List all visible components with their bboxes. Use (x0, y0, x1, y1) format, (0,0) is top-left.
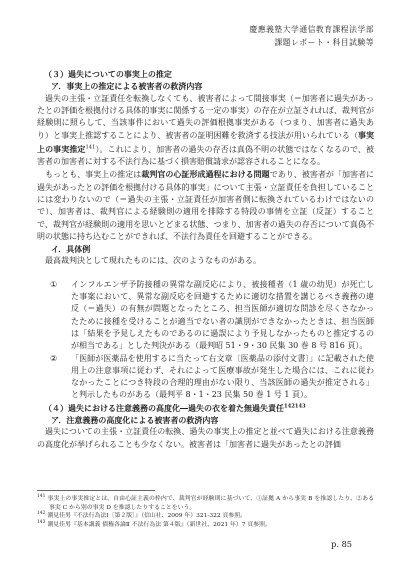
section-4-sub-a-heading: ア．注意義務の高度化による被害者の救済内容 (51, 414, 374, 426)
paragraph-text: もっとも、事実上の推定は (45, 170, 141, 179)
footnote-141-number: 141 (37, 494, 47, 499)
footnote-142: 142潮見佳男『不法行為法Ⅰ〔第２版〕』（信山社、2009 年）321-322 … (37, 512, 374, 521)
document-body: （３）過失についての事実上の推定 ア．事実上の推定による被害者の救済内容 過失の… (37, 68, 374, 451)
section-3-paragraph-1: 過失の主張・立証責任を転換しなくても、被害者によって間接事実（＝加害者に過失があ… (37, 93, 374, 169)
header-doctype-line: 課題レポート・科目試験等 (37, 37, 374, 50)
footnote-separator (37, 490, 155, 491)
footnote-ref-142-143: 142143 (284, 403, 306, 409)
paragraph-text: であり、被害者が「加害者に過失があったとの評価を根拠付ける具体的事実」について主… (37, 170, 374, 240)
footnote-141-text: 事実上の事実推定とは、自由心証主義の枠内で、裁判官が経験則に基づいて、①証拠 A… (47, 496, 374, 511)
footnote-block: 141事実上の事実推定とは、自由心証主義の枠内で、裁判官が経験則に基づいて、①証… (37, 490, 374, 530)
footnote-143: 143潮見佳男『基本講義 債権各論Ⅱ 不法行為法 第４版』（新世社、2021 年… (37, 521, 374, 530)
section-4-paragraph-1: 過失についての主張・立証責任の転換、過失の事実上の推定と並べて過失における注意義… (37, 426, 374, 451)
section-3-heading: （３）過失についての事実上の推定 (44, 68, 374, 80)
page-number: p. 85 (331, 539, 352, 549)
section-3-paragraph-2: もっとも、事実上の推定は裁判官の心証形成過程における問題であり、被害者が「加害者… (37, 168, 374, 243)
item-number-1: ① (50, 279, 71, 353)
case-example-2: ② 「医師が医薬品を使用するに当たって右文章〔医薬品の添付文書〕」に記載された使… (50, 353, 374, 402)
case-example-2-text: 「医師が医薬品を使用するに当たって右文章〔医薬品の添付文書〕」に記載された使用上… (71, 353, 374, 402)
section-4-heading: （４）過失における注意義務の高度化―過失の衣を着た無過失責任142143 (44, 402, 374, 414)
section-4-heading-text: （４）過失における注意義務の高度化―過失の衣を着た無過失責任 (44, 403, 284, 413)
paragraph-text: 過失の主張・立証責任を転換しなくても、被害者によって間接事実（＝加害者に過失があ… (37, 94, 374, 141)
footnote-ref-141: 141 (85, 144, 95, 150)
footnote-142-text: 潮見佳男『不法行為法Ⅰ〔第２版〕』（信山社、2009 年）321-322 頁参照… (47, 513, 246, 519)
section-3-paragraph-3: 最高裁判決として現れたものには、次のようなものがある。 (37, 255, 374, 267)
footnote-141: 141事実上の事実推定とは、自由心証主義の枠内で、裁判官が経験則に基づいて、①証… (37, 495, 374, 513)
item-number-2: ② (50, 353, 71, 402)
bold-term-judge-conviction: 裁判官の心証形成過程における問題 (141, 169, 269, 179)
footnote-143-text: 潮見佳男『基本講義 債権各論Ⅱ 不法行為法 第４版』（新世社、2021 年）7 … (47, 522, 271, 528)
document-page: 慶應義塾大学通信教育課程法学部 課題レポート・科目試験等 （３）過失についての事… (0, 0, 410, 580)
section-3-sub-i-heading: イ．具体例 (51, 243, 374, 255)
case-example-1: ① インフルエンザ予防接種の異常な副反応により、被接種者（1 歳の幼児）が死亡し… (50, 279, 374, 353)
case-example-1-text: インフルエンザ予防接種の異常な副反応により、被接種者（1 歳の幼児）が死亡した事… (71, 279, 374, 353)
footnote-142-number: 142 (37, 511, 47, 516)
section-3-sub-a-heading: ア．事実上の推定による被害者の救済内容 (51, 80, 374, 92)
document-header: 慶應義塾大学通信教育課程法学部 課題レポート・科目試験等 (37, 24, 374, 49)
header-university-line: 慶應義塾大学通信教育課程法学部 (37, 24, 374, 37)
footnote-143-number: 143 (37, 520, 47, 525)
